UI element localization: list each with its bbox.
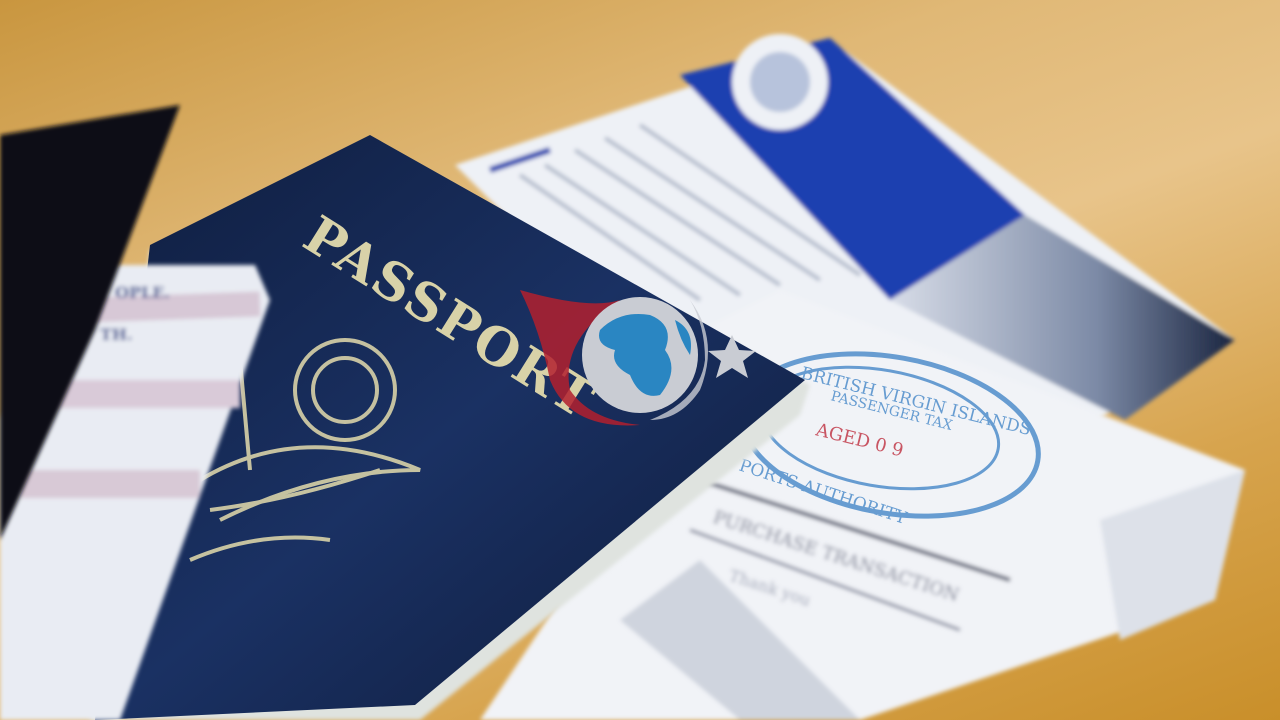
page-text: OPLE. (115, 283, 170, 302)
photo-scene: PURCHASE TRANSACTION Thank you BRITISH V… (0, 0, 1280, 720)
globe-crescent-star-icon (500, 280, 770, 430)
page-text: TH. (100, 325, 133, 344)
